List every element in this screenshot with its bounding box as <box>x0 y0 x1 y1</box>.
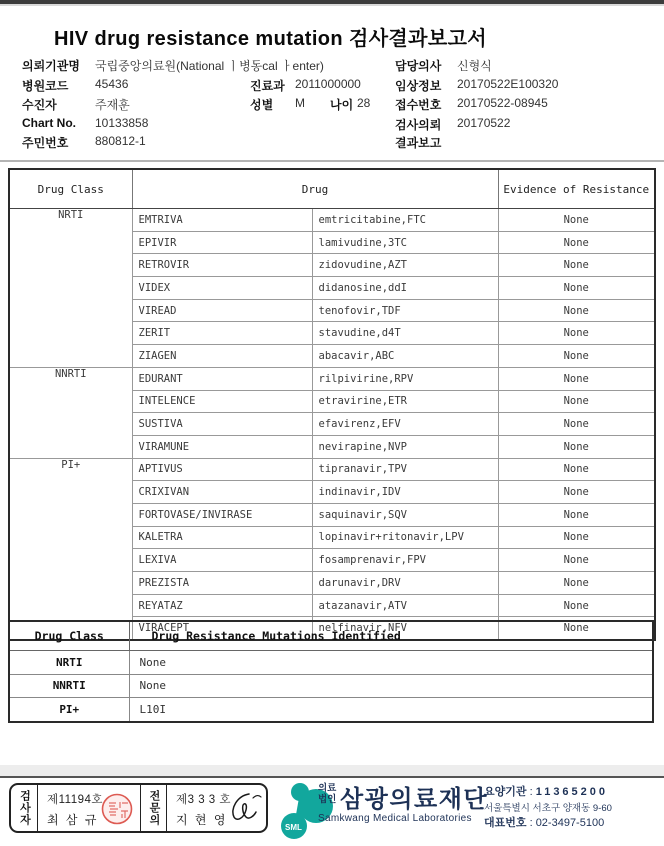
test-requested-value: 20170522 <box>457 116 510 130</box>
evidence-cell: None <box>498 481 655 504</box>
evidence-cell: None <box>498 367 655 390</box>
evidence-cell: None <box>498 209 655 232</box>
doctor-label: 담당의사 <box>395 57 441 74</box>
drug-brand-cell: LEXIVA <box>132 549 312 572</box>
drug-brand-cell: EDURANT <box>132 367 312 390</box>
drug-class-cell: PI+ <box>9 458 132 640</box>
evidence-cell: None <box>498 549 655 572</box>
care-org-number: 11365200 <box>536 786 608 798</box>
drug-generic-cell: darunavir,DRV <box>312 572 498 595</box>
mutations-table: Drug Class Drug Resistance Mutations Ide… <box>8 620 654 723</box>
examiner-cell: 제11194호 최 삼 규 <box>38 785 137 831</box>
drug-brand-cell: PREZISTA <box>132 572 312 595</box>
mutation-value-cell: None <box>129 674 653 698</box>
drug-generic-cell: indinavir,IDV <box>312 481 498 504</box>
drug-generic-cell: abacavir,ABC <box>312 345 498 368</box>
receipt-no-label: 접수번호 <box>395 96 441 113</box>
chart-no-value: 10133858 <box>95 116 148 130</box>
mutation-row: PI+L10I <box>9 698 653 722</box>
mutation-drug-class-cell: PI+ <box>9 698 129 722</box>
drug-brand-cell: APTIVUS <box>132 458 312 481</box>
company-name-english: Samkwang Medical Laboratories <box>318 813 472 824</box>
drug-brand-cell: INTELENCE <box>132 390 312 413</box>
department-value: 2011000000 <box>295 77 361 91</box>
scan-top-bar-edge <box>0 4 664 6</box>
drug-row: NNRTIEDURANTrilpivirine,RPVNone <box>9 367 655 390</box>
sex-value: M <box>295 96 305 110</box>
info-row-5: 주민번호 880812-1 결과보고 <box>0 134 664 150</box>
drug-row: NRTIEMTRIVAemtricitabine,FTCNone <box>9 209 655 232</box>
drug-class-cell: NNRTI <box>9 367 132 458</box>
handwritten-signature-icon <box>222 787 266 836</box>
evidence-cell: None <box>498 458 655 481</box>
report-page: HIV drug resistance mutation 검사결과보고서 의뢰기… <box>0 0 664 846</box>
mutation-value-cell: None <box>129 651 653 675</box>
age-value: 28 <box>357 96 370 110</box>
red-seal-stamp-icon <box>100 791 134 832</box>
specialist-role-label: 전문의 <box>148 790 159 826</box>
evidence-cell: None <box>498 254 655 277</box>
test-requested-label: 검사의뢰 <box>395 116 441 133</box>
logo-sml-text: SML <box>285 823 302 832</box>
requesting-org-value: 국립중앙의료원(National ㅣ병동cal ㅏenter) <box>95 57 324 74</box>
examiner-role-label: 검사자 <box>19 790 30 826</box>
resistance-table-header-row: Drug Class Drug Evidence of Resistance <box>9 169 655 209</box>
drug-generic-cell: efavirenz,EFV <box>312 413 498 436</box>
department-label: 진료과 <box>250 77 285 94</box>
info-row-1: 의뢰기관명 국립중앙의료원(National ㅣ병동cal ㅏenter) 담당… <box>0 57 664 73</box>
resident-no-label: 주민번호 <box>22 134 68 151</box>
care-org-line: 요양기관 : 11365200 <box>484 783 608 799</box>
mutation-value-cell: L10I <box>129 698 653 722</box>
drug-generic-cell: etravirine,ETR <box>312 390 498 413</box>
mutation-row: NNRTINone <box>9 674 653 698</box>
resident-no-value: 880812-1 <box>95 134 146 148</box>
phone-colon: : <box>527 817 536 829</box>
examiner-role-cell: 검사자 <box>11 785 38 831</box>
mutations-header-identified: Drug Resistance Mutations Identified <box>129 621 653 651</box>
evidence-cell: None <box>498 413 655 436</box>
drug-generic-cell: atazanavir,ATV <box>312 594 498 617</box>
drug-brand-cell: RETROVIR <box>132 254 312 277</box>
report-title: HIV drug resistance mutation 검사결과보고서 <box>54 22 487 51</box>
drug-brand-cell: FORTOVASE/INVIRASE <box>132 503 312 526</box>
evidence-cell: None <box>498 594 655 617</box>
evidence-cell: None <box>498 503 655 526</box>
phone-line: 대표번호 : 02-3497-5100 <box>484 814 604 830</box>
drug-brand-cell: ZIAGEN <box>132 345 312 368</box>
header-evidence: Evidence of Resistance <box>498 169 655 209</box>
company-name: 삼광의료재단 <box>340 779 488 814</box>
drug-generic-cell: zidovudine,AZT <box>312 254 498 277</box>
section-divider <box>0 160 664 162</box>
drug-generic-cell: lopinavir+ritonavir,LPV <box>312 526 498 549</box>
hospital-code-value: 45436 <box>95 77 128 91</box>
mutation-row: NRTINone <box>9 651 653 675</box>
receipt-no-value: 20170522-08945 <box>457 96 548 110</box>
drug-generic-cell: saquinavir,SQV <box>312 503 498 526</box>
evidence-cell: None <box>498 277 655 300</box>
phone-number: 02-3497-5100 <box>536 817 605 829</box>
drug-generic-cell: nevirapine,NVP <box>312 435 498 458</box>
drug-brand-cell: VIDEX <box>132 277 312 300</box>
evidence-cell: None <box>498 390 655 413</box>
drug-class-cell: NRTI <box>9 209 132 368</box>
chart-no-label: Chart No. <box>22 116 76 130</box>
specialist-cell: 제3 3 3 호 지 현 영 <box>167 785 266 831</box>
evidence-cell: None <box>498 231 655 254</box>
specialist-role-cell: 전문의 <box>140 785 167 831</box>
evidence-cell: None <box>498 345 655 368</box>
drug-generic-cell: rilpivirine,RPV <box>312 367 498 390</box>
age-label: 나이 <box>330 96 353 113</box>
header-drug: Drug <box>132 169 498 209</box>
drug-brand-cell: CRIXIVAN <box>132 481 312 504</box>
drug-row: PI+APTIVUStipranavir,TPVNone <box>9 458 655 481</box>
clinical-info-value: 20170522E100320 <box>457 77 558 91</box>
address-line: 서울특별시 서초구 양재동 9-60 <box>484 800 612 814</box>
drug-generic-cell: lamivudine,3TC <box>312 231 498 254</box>
mutation-drug-class-cell: NNRTI <box>9 674 129 698</box>
certification-box: 검사자 제11194호 최 삼 규 전문의 제3 3 3 호 지 현 영 <box>9 783 268 833</box>
drug-brand-cell: VIRAMUNE <box>132 435 312 458</box>
patient-name-label: 수진자 <box>22 96 57 113</box>
drug-generic-cell: tenofovir,TDF <box>312 299 498 322</box>
care-org-colon: : <box>527 786 536 798</box>
phone-label: 대표번호 <box>484 817 527 829</box>
result-reported-label: 결과보고 <box>395 134 441 151</box>
drug-generic-cell: emtricitabine,FTC <box>312 209 498 232</box>
company-type: 의료법인 <box>318 784 338 806</box>
info-row-3: 수진자 주재훈 성별 M 나이 28 접수번호 20170522-08945 <box>0 96 664 112</box>
drug-generic-cell: fosamprenavir,FPV <box>312 549 498 572</box>
hospital-code-label: 병원코드 <box>22 77 68 94</box>
drug-brand-cell: KALETRA <box>132 526 312 549</box>
sex-label: 성별 <box>250 96 273 113</box>
evidence-cell: None <box>498 435 655 458</box>
mutations-table-header-row: Drug Class Drug Resistance Mutations Ide… <box>9 621 653 651</box>
header-drug-class: Drug Class <box>9 169 132 209</box>
doctor-value: 신형식 <box>457 57 492 74</box>
drug-generic-cell: tipranavir,TPV <box>312 458 498 481</box>
drug-brand-cell: VIREAD <box>132 299 312 322</box>
drug-brand-cell: SUSTIVA <box>132 413 312 436</box>
care-org-label: 요양기관 <box>484 786 527 798</box>
patient-name-value: 주재훈 <box>95 96 130 113</box>
drug-brand-cell: REYATAZ <box>132 594 312 617</box>
evidence-cell: None <box>498 572 655 595</box>
clinical-info-label: 임상정보 <box>395 77 441 94</box>
resistance-table-body: NRTIEMTRIVAemtricitabine,FTCNoneEPIVIRla… <box>9 209 655 641</box>
evidence-cell: None <box>498 322 655 345</box>
drug-generic-cell: stavudine,d4T <box>312 322 498 345</box>
resistance-table: Drug Class Drug Evidence of Resistance N… <box>8 168 656 641</box>
requesting-org-label: 의뢰기관명 <box>22 57 80 74</box>
drug-brand-cell: ZERIT <box>132 322 312 345</box>
info-row-4: Chart No. 10133858 검사의뢰 20170522 <box>0 116 664 132</box>
mutations-header-drug-class: Drug Class <box>9 621 129 651</box>
mutations-table-body: NRTINoneNNRTINonePI+L10I <box>9 651 653 722</box>
drug-brand-cell: EPIVIR <box>132 231 312 254</box>
evidence-cell: None <box>498 526 655 549</box>
prefooter-band <box>0 765 664 778</box>
evidence-cell: None <box>498 299 655 322</box>
drug-generic-cell: didanosine,ddI <box>312 277 498 300</box>
drug-brand-cell: EMTRIVA <box>132 209 312 232</box>
mutation-drug-class-cell: NRTI <box>9 651 129 675</box>
info-row-2: 병원코드 45436 진료과 2011000000 임상정보 20170522E… <box>0 77 664 93</box>
